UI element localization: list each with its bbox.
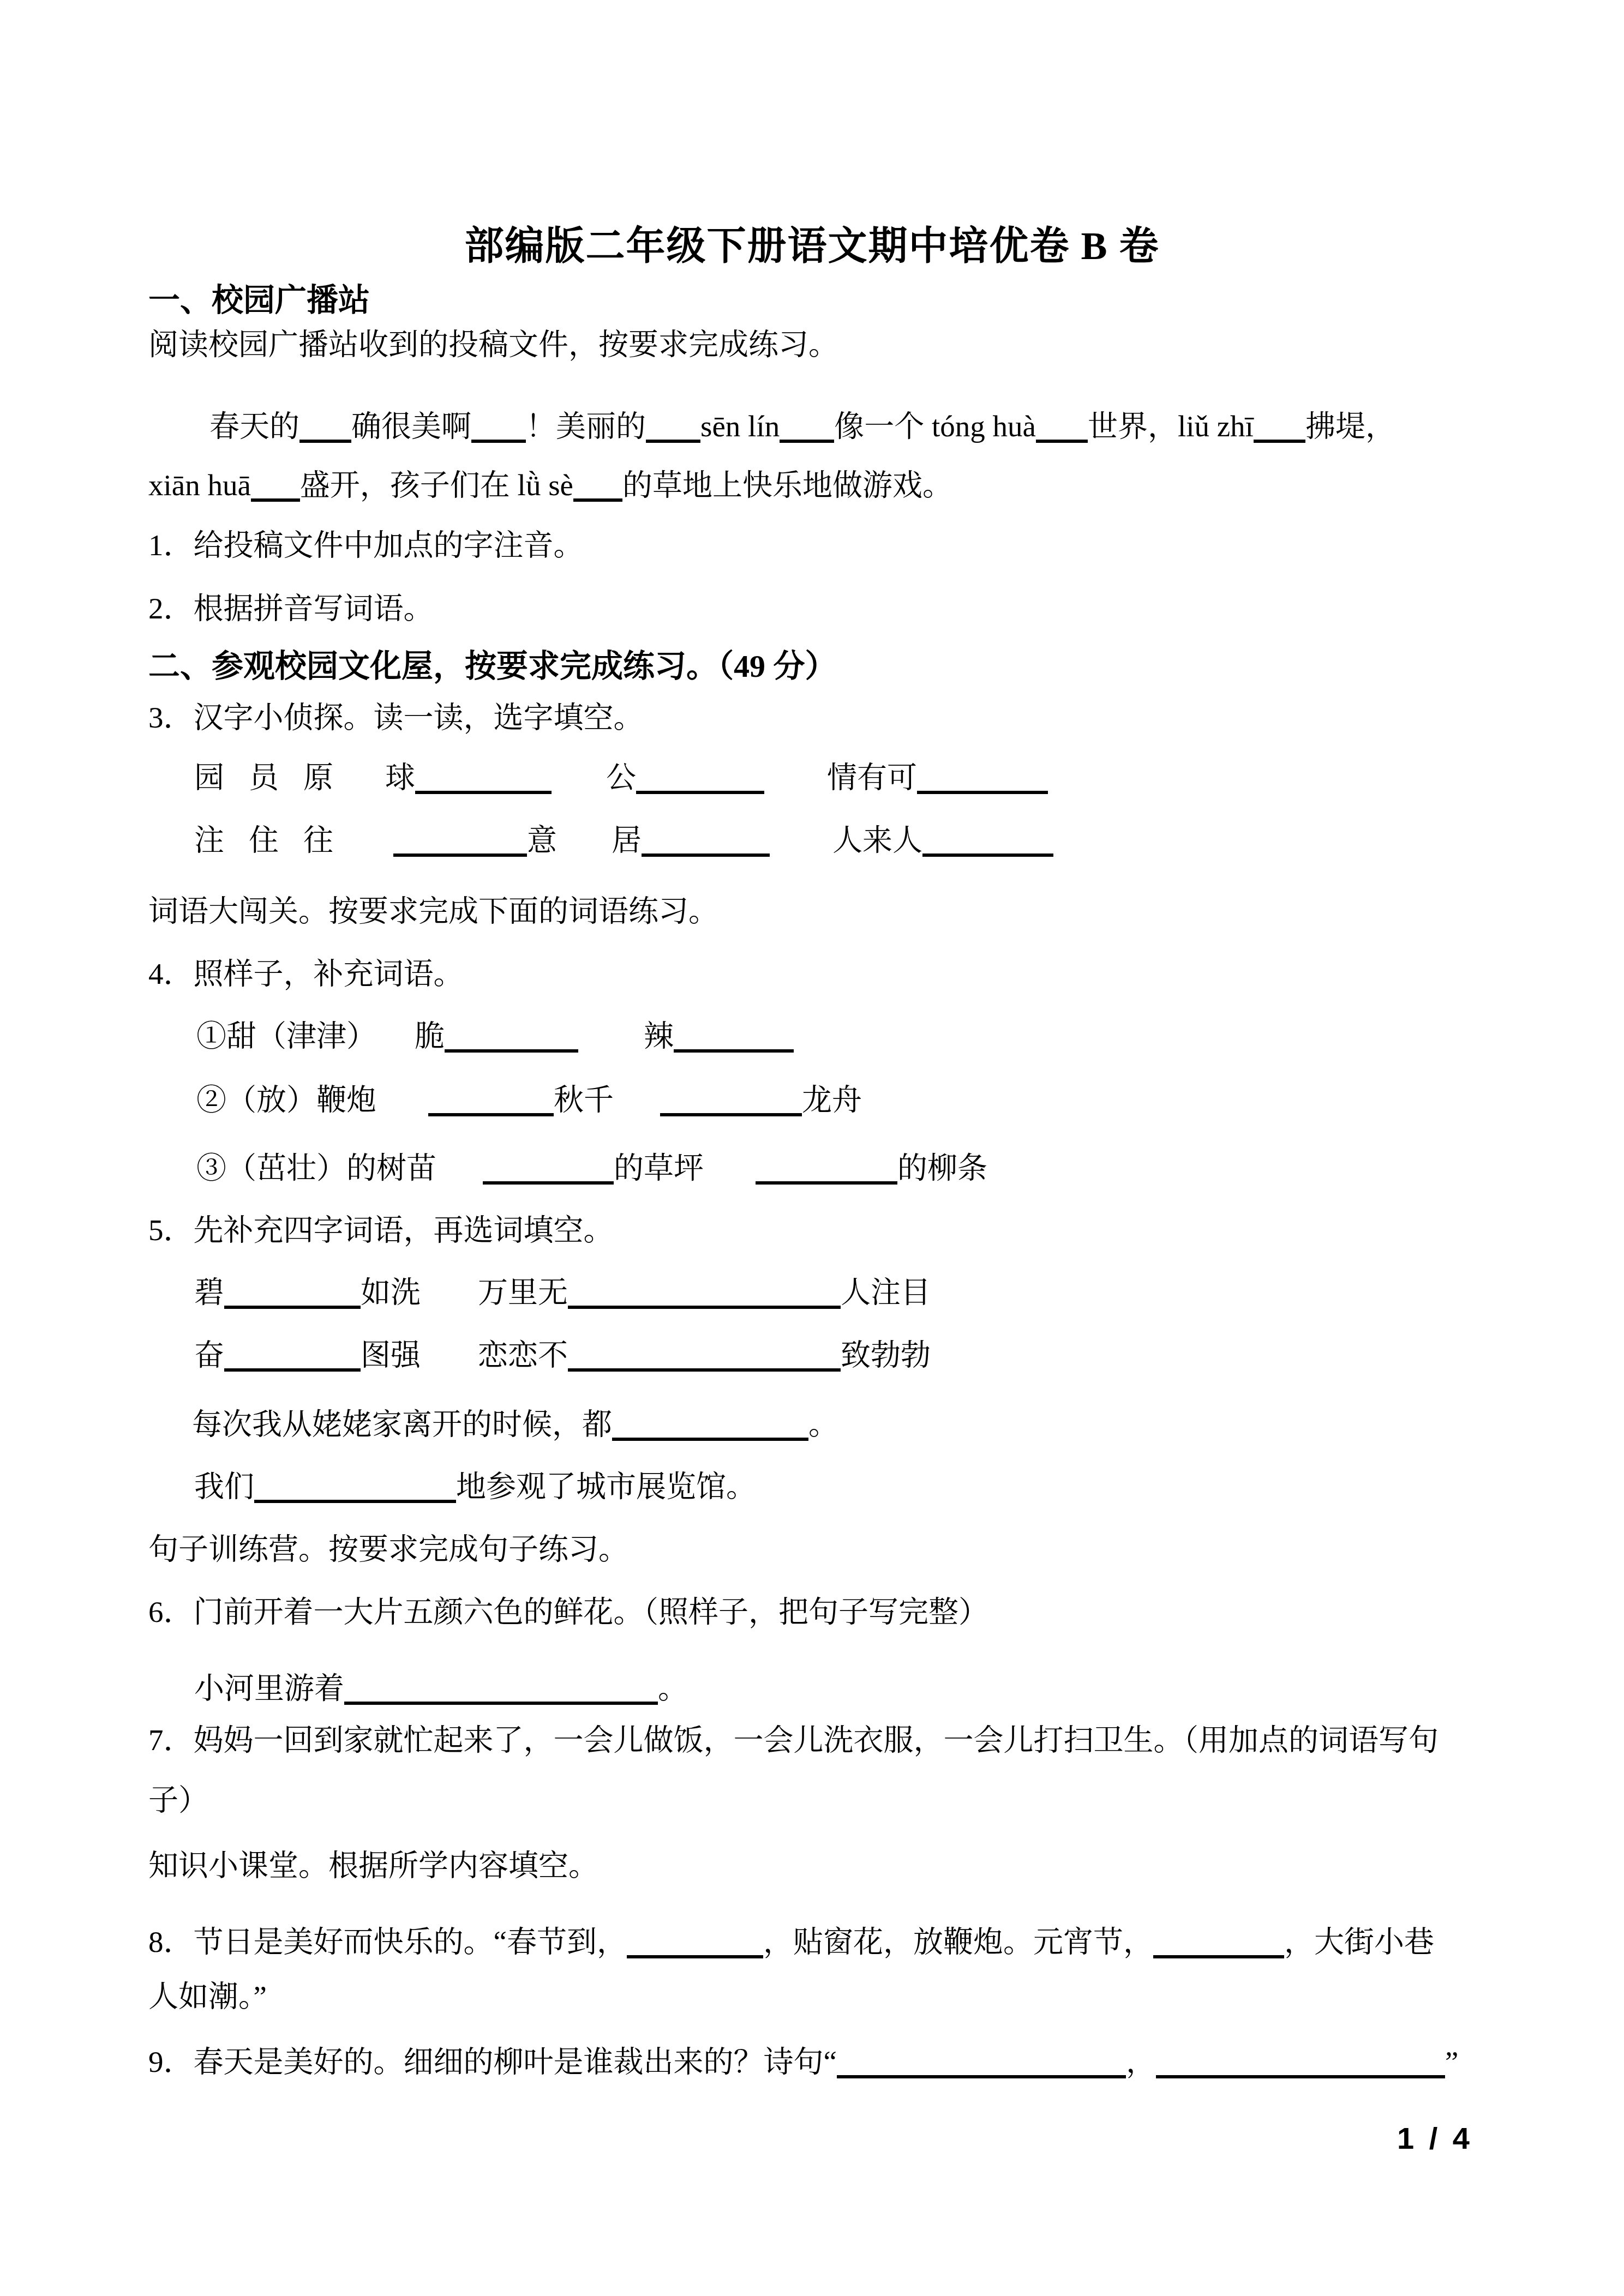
spacer: [421, 1364, 478, 1365]
blank-underline: [471, 417, 526, 443]
text-run: 的草坪: [614, 1151, 704, 1185]
text-run: 球: [385, 761, 415, 794]
text-run: ，: [1126, 2045, 1156, 2078]
blank-underline: [344, 1679, 658, 1705]
text-run: 致勃勃: [841, 1338, 931, 1372]
blank-underline: [568, 1283, 841, 1309]
blank-underline: [917, 768, 1048, 794]
spacer: [578, 1045, 644, 1046]
spacer: [333, 849, 393, 850]
blank-underline: [1254, 417, 1305, 443]
spacer: [279, 849, 303, 850]
text-run: ①甜（津津）: [196, 1019, 376, 1053]
question-7-line-1: 7．妈妈一回到家就忙起来了，一会儿做饭，一会儿洗衣服，一会儿打扫卫生。（用加点的…: [148, 1722, 1439, 1759]
blank-underline: [483, 1158, 614, 1185]
text-run: 地参观了城市展览馆。: [456, 1470, 756, 1503]
question-5: 5．先补充四字词语，再选词填空。: [148, 1212, 614, 1249]
text-run: 每次我从姥姥家离开的时候，都: [192, 1408, 612, 1441]
question-2: 2．根据拼音写词语。: [148, 590, 434, 628]
question-6: 6．门前开着一大片五颜六色的鲜花。（照样子，把句子写完整）: [148, 1594, 988, 1631]
text-run: 8．节日是美好而快乐的。“春节到，: [148, 1925, 627, 1958]
text-run: 情有可: [827, 761, 917, 794]
tip-word-challenge: 词语大闯关。按要求完成下面的词语练习。: [148, 893, 718, 930]
text-run: ”: [1445, 2045, 1458, 2078]
blank-underline: [254, 1477, 456, 1503]
page-number: 1 / 4: [1397, 2120, 1473, 2156]
spacer: [333, 786, 385, 788]
blank-underline: [674, 1026, 794, 1053]
text-run: 的草地上快乐地做游戏。: [622, 468, 952, 502]
spacer: [614, 1109, 660, 1110]
text-run: 阅读校园广播站收到的投稿文件，按要求完成练习。: [148, 328, 838, 361]
passage-line-2: xiān huā盛开，孩子们在 lǜ sè的草地上快乐地做游戏。: [148, 467, 952, 504]
text-run: 7．妈妈一回到家就忙起来了，一会儿做饭，一会儿洗衣服，一会儿打扫卫生。（用加点的…: [148, 1723, 1439, 1757]
text-run: ②（放）鞭炮: [196, 1083, 376, 1116]
blank-underline: [612, 1415, 808, 1441]
blank-underline: [393, 831, 527, 857]
text-run: 知识小课堂。根据所学内容填空。: [148, 1849, 598, 1882]
q6-fill: 小河里游着。: [194, 1670, 688, 1708]
spacer: [421, 1301, 478, 1302]
spacer: [436, 1177, 483, 1178]
q4-item-2: ②（放）鞭炮秋千龙舟: [196, 1081, 862, 1119]
spacer: [704, 1177, 756, 1178]
tip-knowledge-class: 知识小课堂。根据所学内容填空。: [148, 1847, 598, 1885]
spacer: [770, 849, 832, 850]
text-run: 如洗: [361, 1276, 421, 1309]
q3-choice-row-2: 注住往意居人来人: [194, 822, 1053, 860]
blank-underline: [837, 2052, 1126, 2078]
blank-underline: [636, 768, 764, 794]
text-run: 我们: [194, 1470, 254, 1503]
text-run: 9．春天是美好的。细细的柳叶是谁裁出来的？诗句“: [148, 2045, 837, 2078]
text-run: 住: [249, 824, 279, 857]
blank-underline: [756, 1158, 897, 1185]
q3-choice-row-1: 园员原球公情有可: [194, 759, 1048, 797]
spacer: [224, 786, 249, 788]
text-run: ，贴窗花，放鞭炮。元宵节，: [763, 1925, 1153, 1958]
text-run: 人如潮。”: [148, 1980, 267, 2013]
text-run: 词语大闯关。按要求完成下面的词语练习。: [148, 894, 718, 928]
tip-sentence-camp: 句子训练营。按要求完成句子练习。: [148, 1531, 628, 1568]
text-run: 秋千: [554, 1083, 614, 1116]
text-run: ！美丽的: [526, 410, 646, 443]
text-run: 人注目: [841, 1276, 931, 1309]
spacer: [764, 786, 827, 788]
text-run: 人来人: [832, 824, 922, 857]
text-run: xiān huā: [148, 468, 251, 502]
text-run: ，大街小巷: [1284, 1925, 1434, 1958]
text-run: 。: [808, 1408, 838, 1441]
blank-underline: [1036, 417, 1088, 443]
question-1: 1．给投稿文件中加点的字注音。: [148, 527, 584, 564]
text-run: 3．汉字小侦探。读一读，选字填空。: [148, 701, 644, 734]
text-run: 世界，liǔ zhī: [1088, 410, 1254, 443]
text-run: 龙舟: [802, 1083, 862, 1116]
text-run: 辣: [644, 1019, 674, 1053]
text-run: 春天的: [209, 410, 299, 443]
text-run: 意: [527, 824, 557, 857]
question-3: 3．汉字小侦探。读一读，选字填空。: [148, 699, 644, 737]
q5-fill-1: 每次我从姥姥家离开的时候，都。: [192, 1406, 838, 1444]
blank-underline: [224, 1345, 361, 1372]
spacer: [557, 849, 612, 850]
text-run: 4．照样子，补充词语。: [148, 957, 464, 990]
section-1-intro: 阅读校园广播站收到的投稿文件，按要求完成练习。: [148, 326, 838, 364]
text-run: 万里无: [478, 1276, 568, 1309]
text-run: 子）: [148, 1783, 208, 1817]
text-run: 像一个 tóng huà: [834, 410, 1036, 443]
text-run: 盛开，孩子们在 lǜ sè: [300, 468, 573, 502]
text-run: 二、参观校园文化屋，按要求完成练习。（49 分）: [148, 648, 837, 684]
question-7-line-2: 子）: [148, 1782, 208, 1819]
exam-paper-page: 部编版二年级下册语文期中培优卷 B 卷 一、校园广播站阅读校园广播站收到的投稿文…: [0, 0, 1624, 2296]
blank-underline: [1156, 2052, 1445, 2078]
q4-item-1: ①甜（津津）脆辣: [196, 1018, 794, 1055]
text-run: 5．先补充四字词语，再选词填空。: [148, 1213, 614, 1247]
blank-underline: [415, 768, 552, 794]
question-8-line-2: 人如潮。”: [148, 1978, 267, 2016]
text-run: 。: [658, 1672, 688, 1705]
text-run: 6．门前开着一大片五颜六色的鲜花。（照样子，把句子写完整）: [148, 1595, 988, 1628]
text-run: 居: [612, 824, 642, 857]
text-run: 确很美啊: [351, 410, 471, 443]
text-run: sēn lín: [700, 410, 780, 443]
blank-underline: [445, 1026, 578, 1053]
blank-underline: [428, 1090, 554, 1116]
blank-underline: [780, 417, 834, 443]
blank-underline: [568, 1345, 841, 1372]
spacer: [552, 786, 606, 788]
blank-underline: [251, 476, 300, 502]
text-run: 一、校园广播站: [148, 283, 370, 318]
text-run: 原: [303, 761, 333, 794]
question-4: 4．照样子，补充词语。: [148, 955, 464, 993]
text-run: 2．根据拼音写词语。: [148, 592, 434, 625]
text-run: 拂堤，: [1305, 410, 1395, 443]
text-run: 恋恋不: [478, 1338, 568, 1372]
spacer: [376, 1109, 428, 1110]
text-run: 脆: [415, 1019, 445, 1053]
spacer: [224, 849, 249, 850]
q5-row-1: 碧如洗万里无人注目: [194, 1274, 931, 1312]
blank-underline: [646, 417, 700, 443]
section-2-heading: 二、参观校园文化屋，按要求完成练习。（49 分）: [148, 647, 837, 687]
text-run: 注: [194, 824, 224, 857]
question-8-line-1: 8．节日是美好而快乐的。“春节到，，贴窗花，放鞭炮。元宵节，，大街小巷: [148, 1924, 1434, 1961]
q5-fill-2: 我们地参观了城市展览馆。: [194, 1468, 756, 1506]
blank-underline: [1153, 1932, 1284, 1958]
spacer: [279, 786, 303, 788]
q5-row-2: 奋图强恋恋不致勃勃: [194, 1337, 931, 1374]
spacer: [376, 1045, 415, 1046]
text-run: 1．给投稿文件中加点的字注音。: [148, 528, 584, 562]
section-1-heading: 一、校园广播站: [148, 281, 370, 321]
blank-underline: [299, 417, 351, 443]
text-run: 奋: [194, 1338, 224, 1372]
blank-underline: [660, 1090, 802, 1116]
blank-underline: [573, 476, 622, 502]
q4-item-3: ③（茁壮）的树苗的草坪的柳条: [196, 1150, 987, 1187]
question-9: 9．春天是美好的。细细的柳叶是谁裁出来的？诗句“，”: [148, 2043, 1458, 2081]
passage-line-1: 春天的确很美啊！美丽的sēn lín像一个 tóng huà世界，liǔ zhī…: [209, 408, 1395, 446]
text-run: 的柳条: [897, 1151, 987, 1185]
blank-underline: [627, 1932, 763, 1958]
text-run: 员: [249, 761, 279, 794]
text-run: ③（茁壮）的树苗: [196, 1151, 436, 1185]
text-run: 句子训练营。按要求完成句子练习。: [148, 1532, 628, 1566]
text-run: 碧: [194, 1276, 224, 1309]
text-run: 图强: [361, 1338, 421, 1372]
text-run: 园: [194, 761, 224, 794]
text-run: 小河里游着: [194, 1672, 344, 1705]
text-run: 往: [303, 824, 333, 857]
blank-underline: [642, 831, 770, 857]
blank-underline: [224, 1283, 361, 1309]
exam-title: 部编版二年级下册语文期中培优卷 B 卷: [0, 214, 1624, 271]
blank-underline: [922, 831, 1053, 857]
text-run: 公: [606, 761, 636, 794]
